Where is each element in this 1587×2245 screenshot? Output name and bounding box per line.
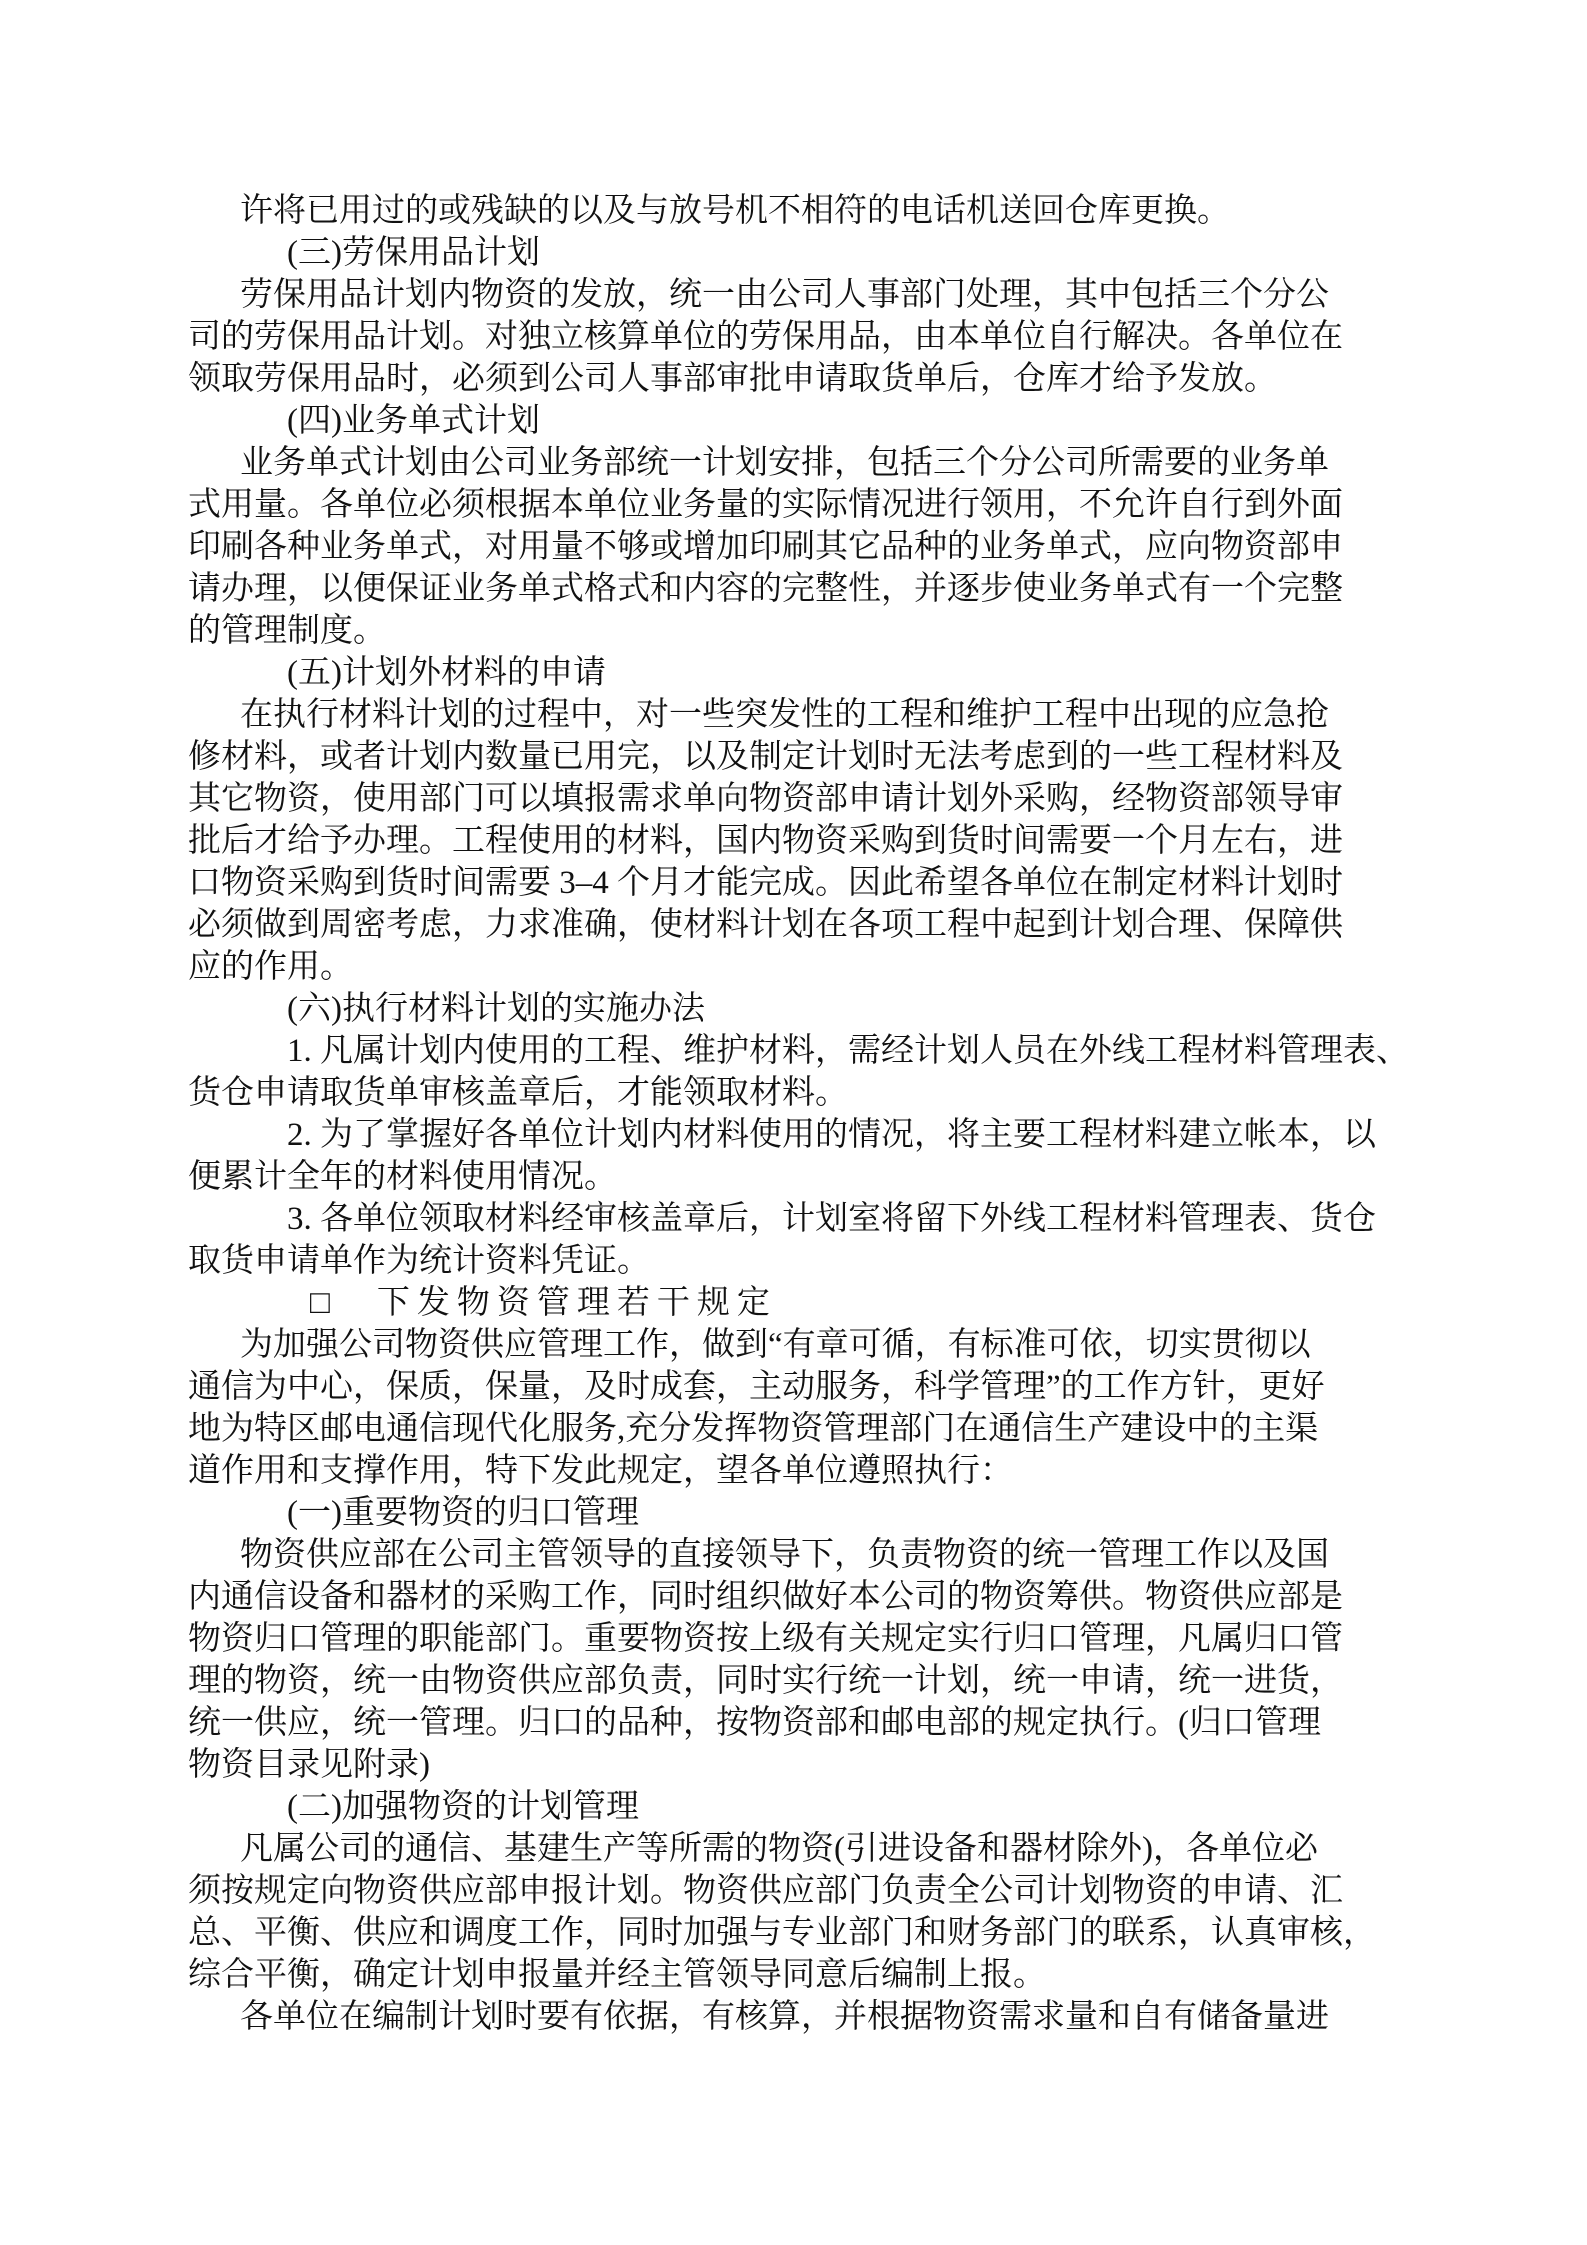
text-line: 内通信设备和器材的采购工作，同时组织做好本公司的物资筹供。物资供应部是 [188, 1576, 1356, 1618]
text-line: 2. 为了掌握好各单位计划内材料使用的情况，将主要工程材料建立帐本，以 [188, 1114, 1356, 1156]
text-line: 货仓申请取货单审核盖章后，才能领取材料。 [188, 1072, 1356, 1114]
text-line: 综合平衡，确定计划申报量并经主管领导同意后编制上报。 [188, 1954, 1356, 1996]
text-line: (五)计划外材料的申请 [188, 652, 1356, 694]
text-line: 1. 凡属计划内使用的工程、维护材料，需经计划人员在外线工程材料管理表、 [188, 1030, 1356, 1072]
text-line: 取货申请单作为统计资料凭证。 [188, 1240, 1356, 1282]
text-line: □ 下发物资管理若干规定 [188, 1282, 1356, 1324]
text-line: 在执行材料计划的过程中，对一些突发性的工程和维护工程中出现的应急抢 [188, 694, 1356, 736]
text-line: 地为特区邮电通信现代化服务,充分发挥物资管理部门在通信生产建设中的主渠 [188, 1408, 1356, 1450]
text-line: 3. 各单位领取材料经审核盖章后，计划室将留下外线工程材料管理表、货仓 [188, 1198, 1356, 1240]
text-line: (一)重要物资的归口管理 [188, 1492, 1356, 1534]
text-line: 口物资采购到货时间需要 3–4 个月才能完成。因此希望各单位在制定材料计划时 [188, 862, 1356, 904]
text-line: 修材料，或者计划内数量已用完，以及制定计划时无法考虑到的一些工程材料及 [188, 736, 1356, 778]
text-line: 的管理制度。 [188, 610, 1356, 652]
text-line: (二)加强物资的计划管理 [188, 1786, 1356, 1828]
text-line: 统一供应，统一管理。归口的品种，按物资部和邮电部的规定执行。(归口管理 [188, 1702, 1356, 1744]
text-line: 各单位在编制计划时要有依据，有核算，并根据物资需求量和自有储备量进 [188, 1996, 1356, 2038]
text-line: 凡属公司的通信、基建生产等所需的物资(引进设备和器材除外)，各单位必 [188, 1828, 1356, 1870]
text-line: 理的物资，统一由物资供应部负责，同时实行统一计划，统一申请，统一进货， [188, 1660, 1356, 1702]
text-line: 须按规定向物资供应部申报计划。物资供应部门负责全公司计划物资的申请、汇 [188, 1870, 1356, 1912]
text-line: 必须做到周密考虑，力求准确，使材料计划在各项工程中起到计划合理、保障供 [188, 904, 1356, 946]
text-line: 物资归口管理的职能部门。重要物资按上级有关规定实行归口管理，凡属归口管 [188, 1618, 1356, 1660]
text-line: (六)执行材料计划的实施办法 [188, 988, 1356, 1030]
text-line: (四)业务单式计划 [188, 400, 1356, 442]
text-block: 许将已用过的或残缺的以及与放号机不相符的电话机送回仓库更换。(三)劳保用品计划劳… [188, 190, 1356, 2038]
text-line: 应的作用。 [188, 946, 1356, 988]
text-line: 司的劳保用品计划。对独立核算单位的劳保用品，由本单位自行解决。各单位在 [188, 316, 1356, 358]
text-line: (三)劳保用品计划 [188, 232, 1356, 274]
text-line: 印刷各种业务单式，对用量不够或增加印刷其它品种的业务单式，应向物资部申 [188, 526, 1356, 568]
text-line: 为加强公司物资供应管理工作，做到“有章可循，有标准可依，切实贯彻以 [188, 1324, 1356, 1366]
text-line: 其它物资，使用部门可以填报需求单向物资部申请计划外采购，经物资部领导审 [188, 778, 1356, 820]
text-line: 批后才给予办理。工程使用的材料，国内物资采购到货时间需要一个月左右，进 [188, 820, 1356, 862]
text-line: 许将已用过的或残缺的以及与放号机不相符的电话机送回仓库更换。 [188, 190, 1356, 232]
text-line: 物资目录见附录) [188, 1744, 1356, 1786]
text-line: 道作用和支撑作用，特下发此规定，望各单位遵照执行： [188, 1450, 1356, 1492]
text-line: 通信为中心，保质，保量，及时成套，主动服务，科学管理”的工作方针，更好 [188, 1366, 1356, 1408]
text-line: 便累计全年的材料使用情况。 [188, 1156, 1356, 1198]
text-line: 业务单式计划由公司业务部统一计划安排，包括三个分公司所需要的业务单 [188, 442, 1356, 484]
text-line: 领取劳保用品时，必须到公司人事部审批申请取货单后，仓库才给予发放。 [188, 358, 1356, 400]
text-line: 请办理，以便保证业务单式格式和内容的完整性，并逐步使业务单式有一个完整 [188, 568, 1356, 610]
text-line: 总、平衡、供应和调度工作，同时加强与专业部门和财务部门的联系，认真审核， [188, 1912, 1356, 1954]
text-line: 物资供应部在公司主管领导的直接领导下，负责物资的统一管理工作以及国 [188, 1534, 1356, 1576]
text-line: 劳保用品计划内物资的发放，统一由公司人事部门处理，其中包括三个分公 [188, 274, 1356, 316]
document-page: 许将已用过的或残缺的以及与放号机不相符的电话机送回仓库更换。(三)劳保用品计划劳… [0, 0, 1587, 2245]
text-line: 式用量。各单位必须根据本单位业务量的实际情况进行领用，不允许自行到外面 [188, 484, 1356, 526]
